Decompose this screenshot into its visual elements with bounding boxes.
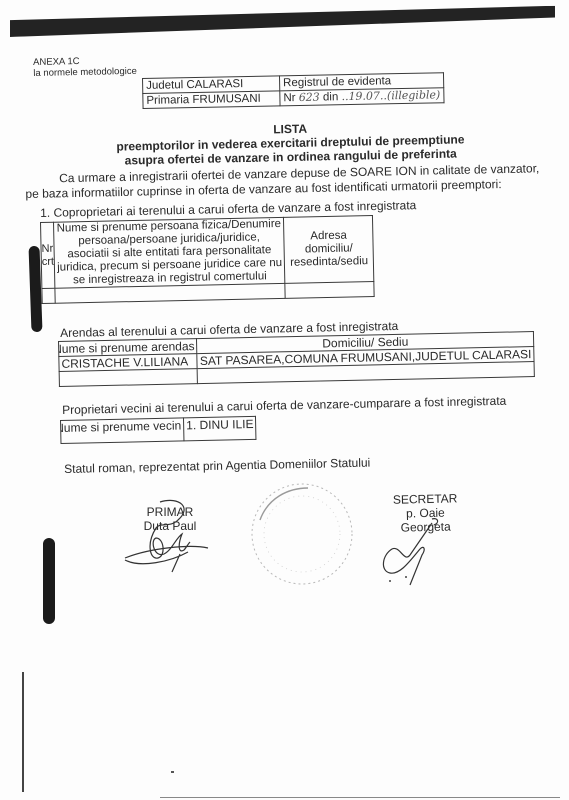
state-line: Statul roman, reprezentat prin Agentia D… (64, 456, 370, 476)
town-hall-cell: Primaria FRUMUSANI (143, 91, 280, 109)
document-title: LISTA preemptorilor in vederea exercitar… (60, 117, 521, 169)
registry-number-cell: Nr 623 din ..19.07..(illegible) (280, 88, 444, 106)
registry-table: Judetul CALARASI Registrul de evidenta P… (142, 72, 444, 109)
marker-stroke (43, 538, 55, 624)
coproprietari-table: Nr crt Nume si prenume persoana fizica/D… (40, 215, 375, 304)
col-adresa: Adresa domiciliu/ resedinta/sediu (284, 216, 374, 284)
secretary-title: SECRETAR (380, 491, 470, 507)
din-label: din (323, 91, 339, 103)
vecin-value: 1. DINU ILIE (184, 416, 257, 441)
col-nume: Nume si prenume persoana fizica/Denumire… (54, 217, 285, 288)
annex-subtitle: la normele metodologice (33, 66, 137, 79)
col-nr-crt: Nr crt (41, 222, 56, 288)
page-edge-line (22, 672, 24, 792)
mayor-signature (120, 498, 210, 578)
speck (171, 771, 174, 773)
scan-shadow-band (10, 6, 555, 37)
page-bottom-edge (160, 797, 560, 798)
official-stamp (248, 480, 356, 588)
col-nume-vecin: Nume si prenume vecin (61, 418, 185, 444)
arendas-table: Nume si prenume arendas Domiciliu/ Sediu… (58, 331, 535, 387)
nr-value-handwritten: 623 (299, 91, 320, 104)
date-value-handwritten: ..19.07..(illegible) (341, 88, 440, 103)
nr-label: Nr (283, 92, 295, 104)
vecini-table: Nume si prenume vecin 1. DINU ILIE (60, 416, 257, 444)
scanned-document-page: ANEXA 1C la normele metodologice Judetul… (0, 0, 569, 800)
vecini-heading: Proprietari vecini ai terenului a carui … (62, 394, 506, 417)
annex-label: ANEXA 1C la normele metodologice (33, 55, 137, 79)
secretary-signature (370, 515, 450, 590)
